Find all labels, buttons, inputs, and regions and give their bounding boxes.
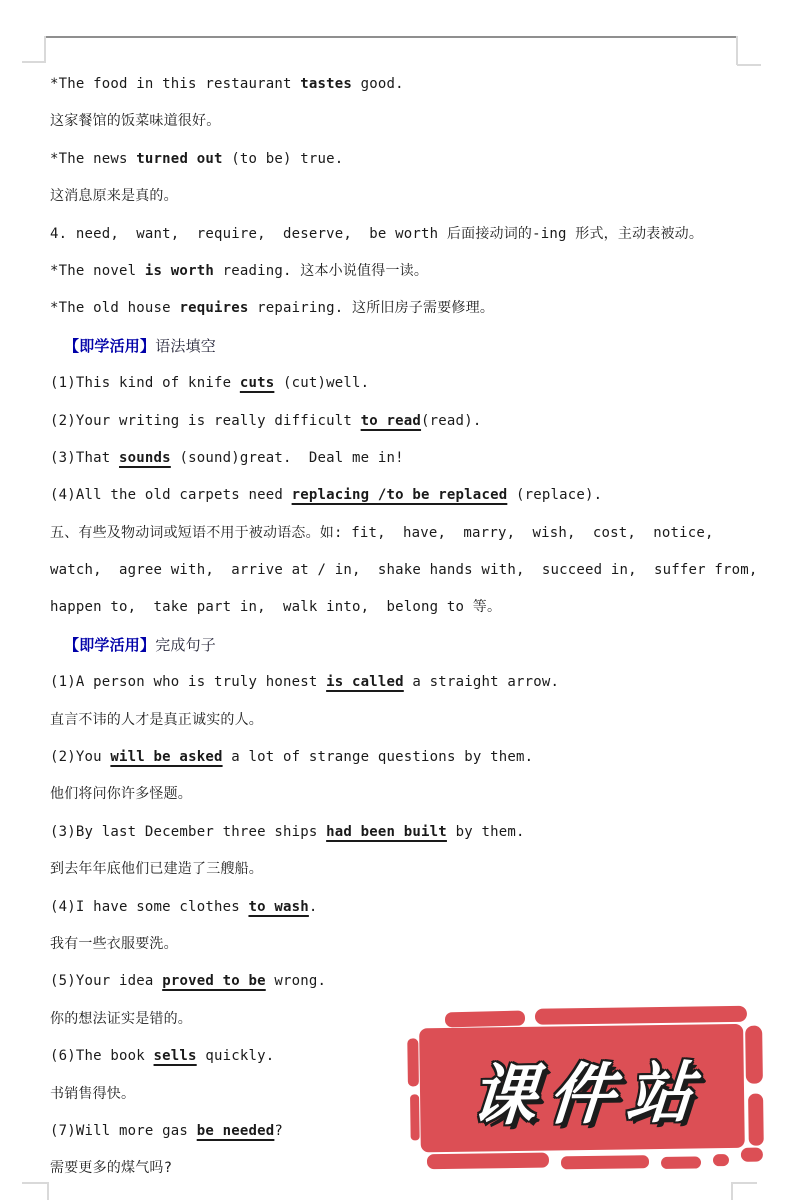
text-run: sounds bbox=[119, 450, 171, 466]
courseware-stamp: 课件站 bbox=[407, 1003, 769, 1176]
text-run: turned out bbox=[136, 151, 222, 167]
text-line: *The food in this restaurant tastes good… bbox=[50, 66, 760, 103]
text-run: (7)Will more gas bbox=[50, 1123, 197, 1139]
text-run: proved to be bbox=[162, 973, 266, 989]
text-run: is called bbox=[326, 674, 404, 690]
stamp-border-stroke bbox=[661, 1156, 701, 1169]
text-run: 他们将问你许多怪题。 bbox=[50, 786, 192, 802]
stamp-text: 课件站 bbox=[455, 1039, 708, 1138]
text-line: 他们将问你许多怪题。 bbox=[50, 776, 760, 813]
text-run: 需要更多的煤气吗? bbox=[50, 1160, 172, 1176]
text-run: (4)All the old carpets need bbox=[50, 487, 292, 503]
text-boundary-mark bbox=[22, 61, 46, 63]
text-run: 到去年年底他们已建造了三艘船。 bbox=[50, 861, 263, 877]
text-run: quickly. bbox=[197, 1048, 275, 1064]
text-run: (read). bbox=[421, 413, 481, 429]
text-run: 直言不讳的人才是真正诚实的人。 bbox=[50, 712, 263, 728]
text-line: (1)This kind of knife cuts (cut)well. bbox=[50, 365, 760, 402]
text-boundary-mark bbox=[44, 36, 46, 62]
text-run: repairing. 这所旧房子需要修理。 bbox=[248, 300, 494, 316]
text-run: be needed bbox=[197, 1123, 275, 1139]
text-run: 我有一些衣服要洗。 bbox=[50, 936, 178, 952]
text-line: (3)That sounds (sound)great. Deal me in! bbox=[50, 440, 760, 477]
text-run: 五、有些及物动词或短语不用于被动语态。如: fit, have, marry, … bbox=[50, 525, 714, 541]
text-boundary-mark bbox=[22, 1182, 48, 1184]
text-line: 这消息原来是真的。 bbox=[50, 178, 760, 215]
text-line: 五、有些及物动词或短语不用于被动语态。如: fit, have, marry, … bbox=[50, 515, 760, 552]
stamp-border-stroke bbox=[445, 1010, 525, 1027]
text-run: good. bbox=[352, 76, 404, 92]
text-run: *The novel bbox=[50, 263, 145, 279]
text-line: 这家餐馆的饭菜味道很好。 bbox=[50, 103, 760, 140]
text-run: reading. 这本小说值得一读。 bbox=[214, 263, 428, 279]
text-line: 直言不讳的人才是真正诚实的人。 bbox=[50, 702, 760, 739]
text-run: sells bbox=[154, 1048, 197, 1064]
text-line: 【即学活用】语法填空 bbox=[50, 328, 760, 365]
text-line: 4. need, want, require, deserve, be wort… bbox=[50, 216, 760, 253]
text-run: 【即学活用】 bbox=[64, 337, 155, 355]
text-run: 书销售得快。 bbox=[50, 1086, 135, 1102]
text-run: by them. bbox=[447, 824, 525, 840]
text-run: will be asked bbox=[110, 749, 222, 765]
text-line: *The news turned out (to be) true. bbox=[50, 141, 760, 178]
text-run: a straight arrow. bbox=[404, 674, 559, 690]
text-line: (1)A person who is truly honest is calle… bbox=[50, 664, 760, 701]
text-run: *The food in this restaurant bbox=[50, 76, 300, 92]
text-line: (2)You will be asked a lot of strange qu… bbox=[50, 739, 760, 776]
text-run: (1)A person who is truly honest bbox=[50, 674, 326, 690]
text-run: watch, agree with, arrive at / in, shake… bbox=[50, 562, 758, 578]
text-run: (sound)great. Deal me in! bbox=[171, 450, 404, 466]
text-line: watch, agree with, arrive at / in, shake… bbox=[50, 552, 760, 589]
text-run: (2)You bbox=[50, 749, 110, 765]
text-run: (to be) true. bbox=[223, 151, 344, 167]
text-line: (2)Your writing is really difficult to r… bbox=[50, 403, 760, 440]
stamp-border-stroke bbox=[713, 1154, 729, 1166]
page-border-top bbox=[45, 36, 737, 38]
text-run: (6)The book bbox=[50, 1048, 154, 1064]
stamp-border-stroke bbox=[561, 1155, 649, 1169]
text-line: (5)Your idea proved to be wrong. bbox=[50, 963, 760, 1000]
stamp-body: 课件站 bbox=[419, 1024, 745, 1153]
text-run: to read bbox=[361, 413, 421, 429]
text-run: (2)Your writing is really difficult bbox=[50, 413, 361, 429]
text-run: *The news bbox=[50, 151, 136, 167]
text-line: (4)All the old carpets need replacing /t… bbox=[50, 477, 760, 514]
text-run: a lot of strange questions by them. bbox=[223, 749, 534, 765]
text-run: requires bbox=[179, 300, 248, 316]
text-line: 【即学活用】完成句子 bbox=[50, 627, 760, 664]
text-run: *The old house bbox=[50, 300, 179, 316]
text-boundary-mark bbox=[736, 36, 738, 65]
stamp-border-stroke bbox=[535, 1006, 747, 1025]
text-run: wrong. bbox=[266, 973, 326, 989]
text-run: ? bbox=[274, 1123, 283, 1139]
text-run: cuts bbox=[240, 375, 275, 391]
text-run: 这家餐馆的饭菜味道很好。 bbox=[50, 113, 220, 129]
text-run: 4. need, want, require, deserve, be wort… bbox=[50, 226, 703, 242]
text-run: (3)By last December three ships bbox=[50, 824, 326, 840]
text-line: happen to, take part in, walk into, belo… bbox=[50, 589, 760, 626]
text-run: . bbox=[309, 899, 318, 915]
document-page: *The food in this restaurant tastes good… bbox=[0, 0, 800, 1200]
text-run: had been built bbox=[326, 824, 447, 840]
text-run: (replace). bbox=[507, 487, 602, 503]
text-run: replacing /to be replaced bbox=[292, 487, 508, 503]
text-line: (4)I have some clothes to wash. bbox=[50, 889, 760, 926]
stamp-border-stroke bbox=[748, 1094, 764, 1146]
stamp-border-stroke bbox=[427, 1153, 549, 1170]
text-run: happen to, take part in, walk into, belo… bbox=[50, 599, 501, 615]
stamp-border-stroke bbox=[741, 1148, 763, 1162]
text-run: tastes bbox=[300, 76, 352, 92]
text-run: 完成句子 bbox=[155, 636, 216, 654]
text-run: to wash bbox=[248, 899, 308, 915]
text-run: (1)This kind of knife bbox=[50, 375, 240, 391]
text-line: *The novel is worth reading. 这本小说值得一读。 bbox=[50, 253, 760, 290]
text-line: *The old house requires repairing. 这所旧房子… bbox=[50, 290, 760, 327]
text-line: 到去年年底他们已建造了三艘船。 bbox=[50, 851, 760, 888]
text-boundary-mark bbox=[47, 1182, 49, 1200]
text-run: (cut)well. bbox=[274, 375, 369, 391]
text-run: (3)That bbox=[50, 450, 119, 466]
text-run: 【即学活用】 bbox=[64, 636, 155, 654]
text-line: (3)By last December three ships had been… bbox=[50, 814, 760, 851]
stamp-border-stroke bbox=[407, 1038, 419, 1086]
text-run: 语法填空 bbox=[155, 337, 216, 355]
text-run: 你的想法证实是错的。 bbox=[50, 1011, 192, 1027]
text-line: 我有一些衣服要洗。 bbox=[50, 926, 760, 963]
text-run: (4)I have some clothes bbox=[50, 899, 248, 915]
stamp-border-stroke bbox=[745, 1026, 763, 1084]
text-run: 这消息原来是真的。 bbox=[50, 188, 178, 204]
stamp-border-stroke bbox=[410, 1094, 420, 1140]
text-run: is worth bbox=[145, 263, 214, 279]
text-run: (5)Your idea bbox=[50, 973, 162, 989]
